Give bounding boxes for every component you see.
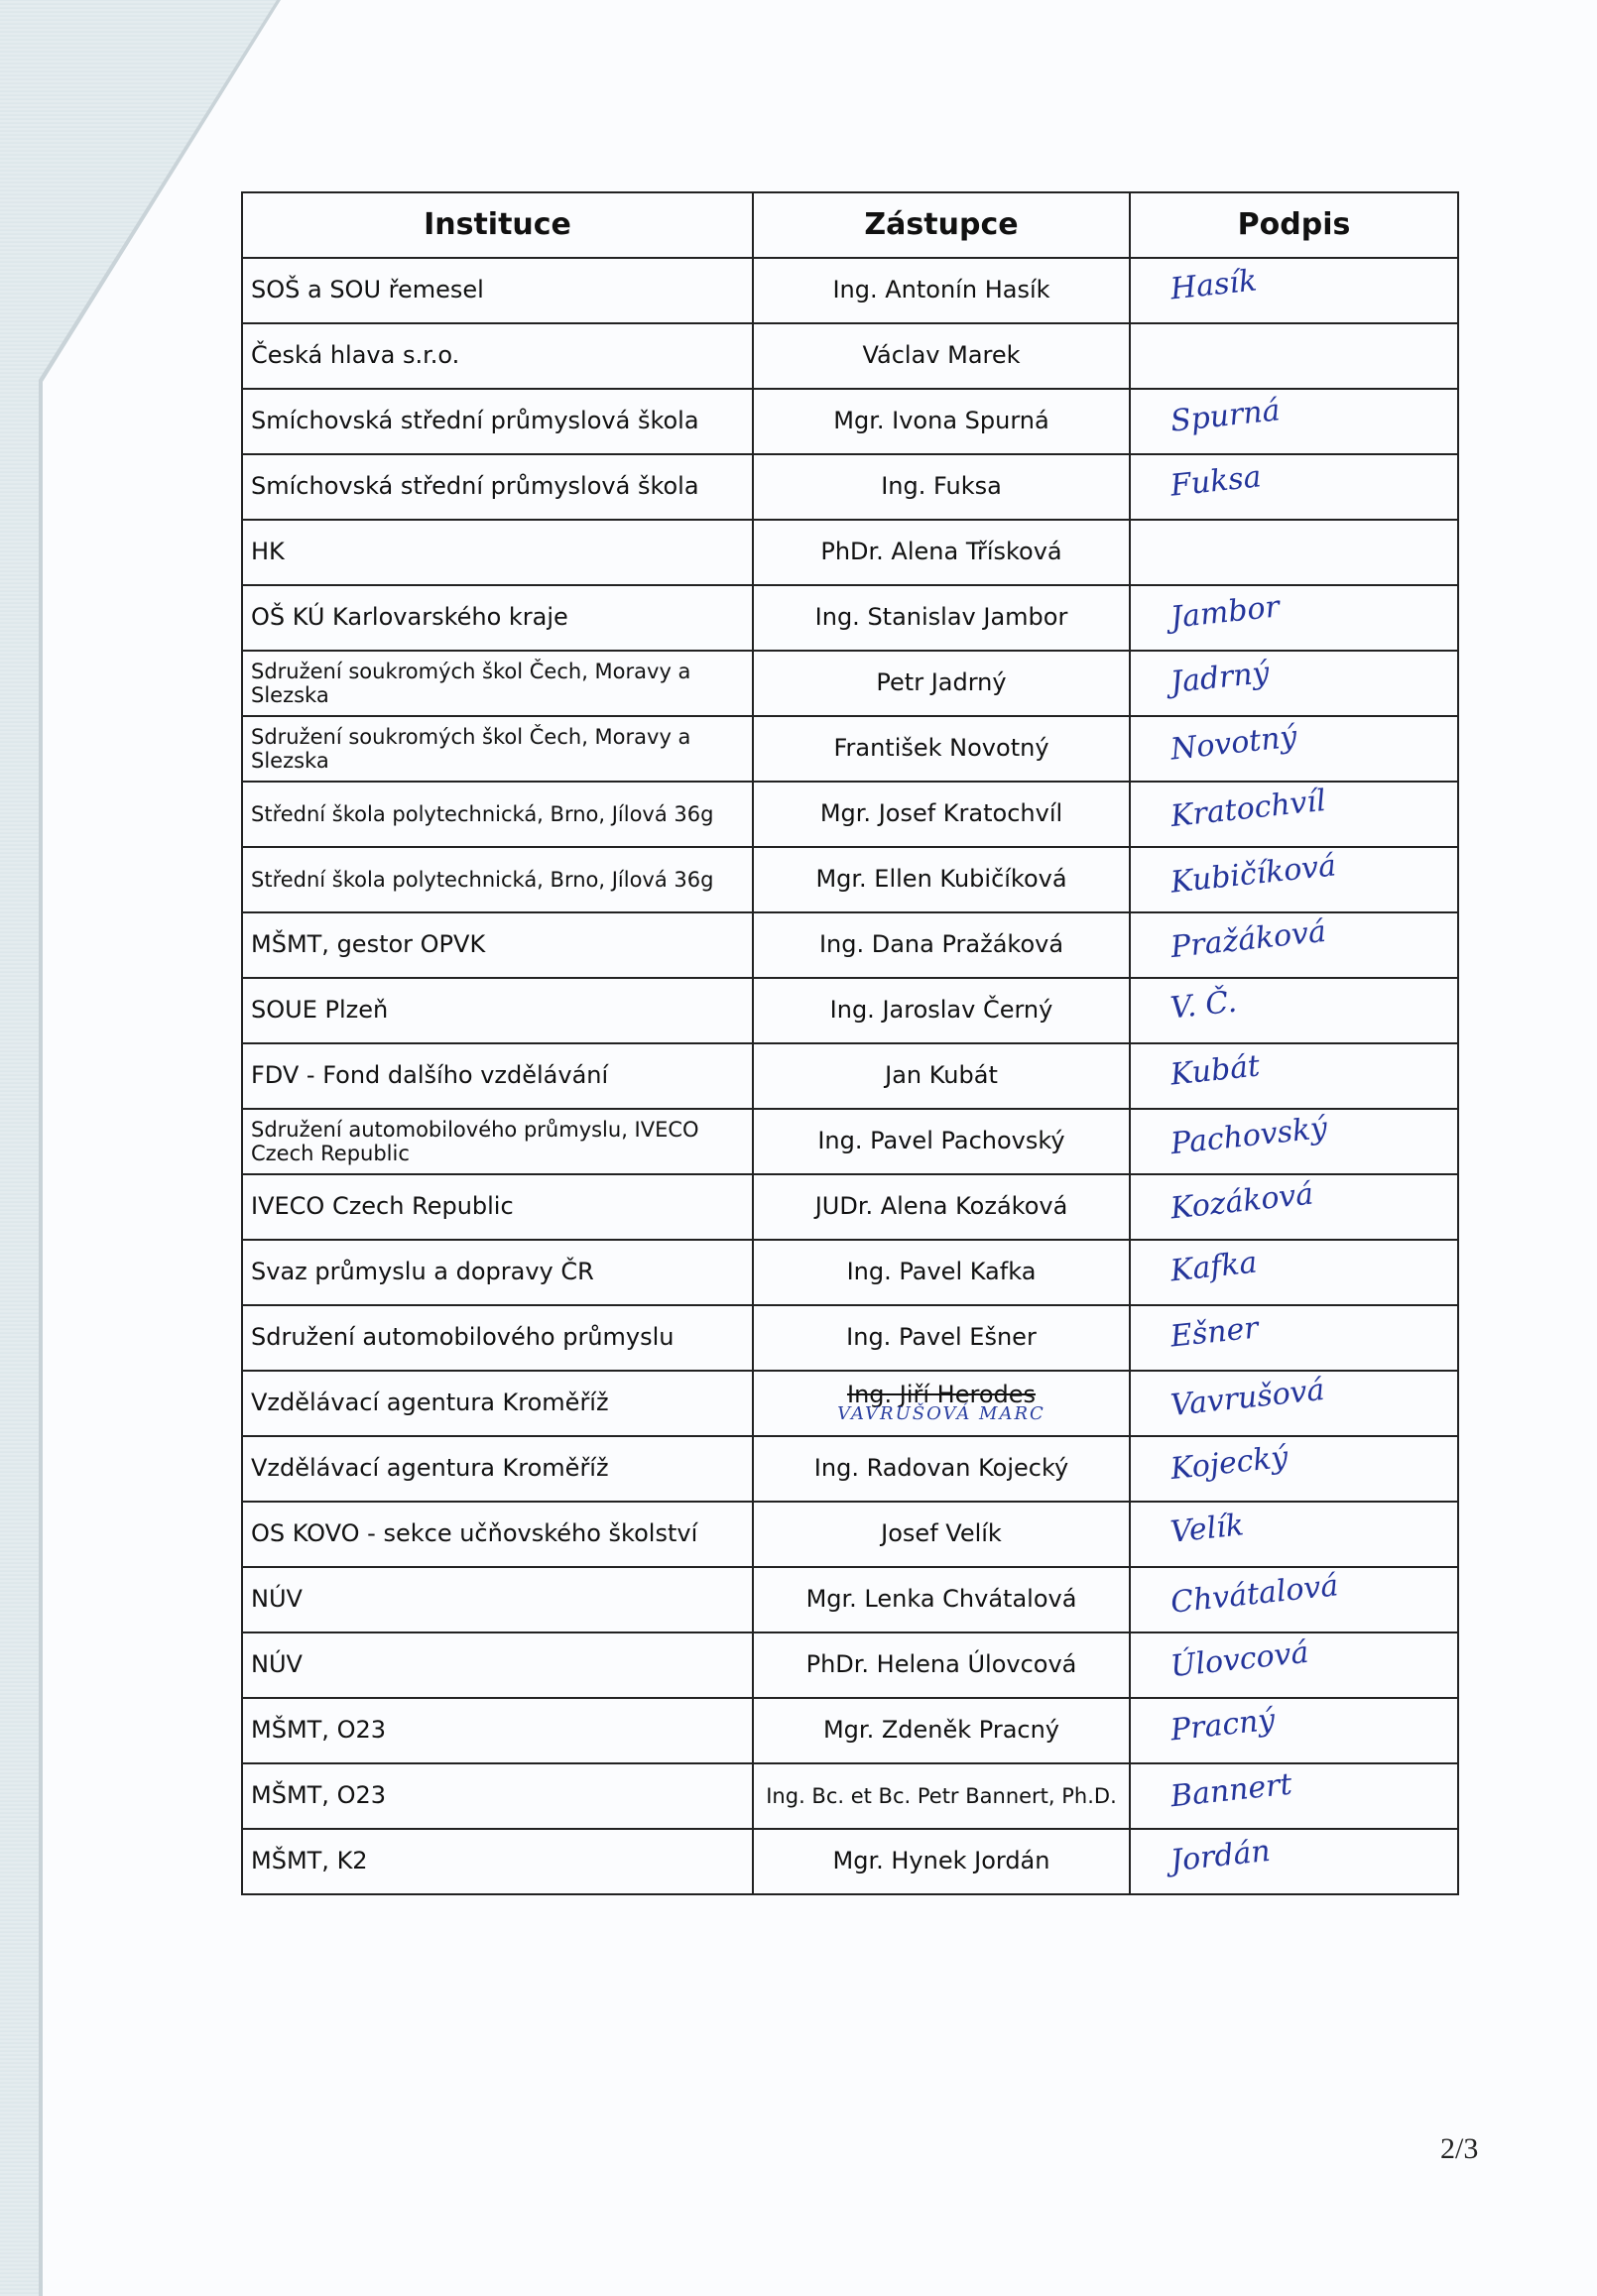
handwritten-signature: Kratochvíl: [1169, 785, 1328, 835]
signature-cell: Jadrný: [1130, 651, 1458, 716]
handwritten-signature: Kafka: [1168, 1247, 1259, 1289]
representative-cell: Václav Marek: [753, 323, 1130, 389]
signature-cell: [1130, 520, 1458, 585]
representative-name: Mgr. Ivona Spurná: [833, 407, 1048, 434]
institution-cell: OŠ KÚ Karlovarského kraje: [242, 585, 753, 651]
handwritten-signature: Pracný: [1168, 1704, 1277, 1749]
table-row: MŠMT, K2Mgr. Hynek JordánJordán: [242, 1829, 1458, 1894]
table-row: Sdružení automobilového průmysluIng. Pav…: [242, 1305, 1458, 1371]
representative-name: Josef Velík: [881, 1519, 1002, 1547]
signature-cell: Velík: [1130, 1502, 1458, 1567]
signature-cell: Vavrušová: [1130, 1371, 1458, 1436]
signature-cell: Úlovcová: [1130, 1632, 1458, 1698]
table-row: Smíchovská střední průmyslová školaIng. …: [242, 454, 1458, 520]
signature-cell: Pražáková: [1130, 912, 1458, 978]
signature-cell: Pracný: [1130, 1698, 1458, 1763]
representative-name: Mgr. Josef Kratochvíl: [820, 799, 1062, 827]
institution-cell: MŠMT, O23: [242, 1698, 753, 1763]
table-row: HKPhDr. Alena Třísková: [242, 520, 1458, 585]
representative-name: JUDr. Alena Kozáková: [815, 1192, 1068, 1220]
signature-cell: Kojecký: [1130, 1436, 1458, 1502]
representative-name: Ing. Pavel Kafka: [847, 1258, 1037, 1285]
signature-cell: V. Č.: [1130, 978, 1458, 1043]
table-row: Svaz průmyslu a dopravy ČRIng. Pavel Kaf…: [242, 1240, 1458, 1305]
representative-cell: Ing. Bc. et Bc. Petr Bannert, Ph.D.: [753, 1763, 1130, 1829]
representative-name: Mgr. Ellen Kubičíková: [815, 865, 1066, 893]
table-row: Sdružení soukromých škol Čech, Moravy a …: [242, 651, 1458, 716]
institution-cell: FDV - Fond dalšího vzdělávání: [242, 1043, 753, 1109]
signature-cell: Kubičíková: [1130, 847, 1458, 912]
institution-cell: MŠMT, K2: [242, 1829, 753, 1894]
institution-cell: NÚV: [242, 1632, 753, 1698]
representative-name: PhDr. Alena Třísková: [820, 538, 1061, 565]
signature-cell: Spurná: [1130, 389, 1458, 454]
handwritten-signature: Fuksa: [1168, 460, 1263, 504]
header-representative: Zástupce: [753, 192, 1130, 258]
table-row: Vzdělávací agentura KroměřížIng. Radovan…: [242, 1436, 1458, 1502]
representative-name: Ing. Radovan Kojecký: [814, 1454, 1068, 1482]
representative-cell: Josef Velík: [753, 1502, 1130, 1567]
handwritten-signature: Jadrný: [1168, 657, 1271, 701]
representative-cell: Mgr. Lenka Chvátalová: [753, 1567, 1130, 1632]
institution-cell: Střední škola polytechnická, Brno, Jílov…: [242, 782, 753, 847]
signature-cell: Jambor: [1130, 585, 1458, 651]
representative-name: František Novotný: [833, 734, 1048, 762]
institution-cell: HK: [242, 520, 753, 585]
institution-cell: Sdružení automobilového průmyslu: [242, 1305, 753, 1371]
handwritten-signature: Ešner: [1168, 1311, 1260, 1355]
handwritten-signature: Novotný: [1169, 720, 1299, 768]
handwritten-signature: Úlovcová: [1169, 1636, 1310, 1685]
handwritten-signature: Hasík: [1168, 265, 1258, 307]
institution-cell: Svaz průmyslu a dopravy ČR: [242, 1240, 753, 1305]
handwritten-signature: Pachovský: [1169, 1112, 1329, 1162]
representative-name: Ing. Fuksa: [881, 472, 1002, 500]
representative-cell: Ing. Dana Pražáková: [753, 912, 1130, 978]
signature-cell: Kozáková: [1130, 1174, 1458, 1240]
representative-name: Václav Marek: [862, 341, 1020, 369]
signature-cell: Kubát: [1130, 1043, 1458, 1109]
table-row: NÚVMgr. Lenka ChvátalováChvátalová: [242, 1567, 1458, 1632]
handwritten-signature: Jordán: [1168, 1835, 1272, 1879]
representative-cell: JUDr. Alena Kozáková: [753, 1174, 1130, 1240]
handwritten-note: VAVRUŠOVÁ MARC: [762, 1404, 1121, 1425]
representative-cell: Ing. Jaroslav Černý: [753, 978, 1130, 1043]
signature-cell: Novotný: [1130, 716, 1458, 782]
institution-cell: Smíchovská střední průmyslová škola: [242, 389, 753, 454]
signature-cell: Ešner: [1130, 1305, 1458, 1371]
handwritten-signature: Kojecký: [1169, 1441, 1290, 1488]
representative-name: Ing. Dana Pražáková: [819, 930, 1063, 958]
representative-name: Jan Kubát: [885, 1061, 998, 1089]
representative-cell: Mgr. Hynek Jordán: [753, 1829, 1130, 1894]
handwritten-signature: Vavrušová: [1169, 1374, 1326, 1424]
representative-cell: Ing. Pavel Pachovský: [753, 1109, 1130, 1174]
representative-cell: Mgr. Zdeněk Pracný: [753, 1698, 1130, 1763]
representative-name: Ing. Antonín Hasík: [832, 276, 1049, 303]
signature-cell: Kafka: [1130, 1240, 1458, 1305]
table-row: NÚVPhDr. Helena ÚlovcováÚlovcová: [242, 1632, 1458, 1698]
representative-cell: Jan Kubát: [753, 1043, 1130, 1109]
signature-cell: Chvátalová: [1130, 1567, 1458, 1632]
table-row: SOŠ a SOU řemeselIng. Antonín HasíkHasík: [242, 258, 1458, 323]
attendance-table: Instituce Zástupce Podpis SOŠ a SOU řeme…: [241, 191, 1459, 1895]
representative-cell: Mgr. Ellen Kubičíková: [753, 847, 1130, 912]
representative-cell: Ing. Fuksa: [753, 454, 1130, 520]
representative-cell: PhDr. Helena Úlovcová: [753, 1632, 1130, 1698]
institution-cell: MŠMT, gestor OPVK: [242, 912, 753, 978]
institution-cell: Vzdělávací agentura Kroměříž: [242, 1436, 753, 1502]
table-row: MŠMT, O23Mgr. Zdeněk PracnýPracný: [242, 1698, 1458, 1763]
handwritten-signature: Velík: [1168, 1509, 1245, 1550]
representative-name: Ing. Pavel Ešner: [846, 1323, 1037, 1351]
institution-cell: Sdružení soukromých škol Čech, Moravy a …: [242, 651, 753, 716]
handwritten-signature: Jambor: [1168, 590, 1281, 636]
table-row: Sdružení soukromých škol Čech, Moravy a …: [242, 716, 1458, 782]
representative-cell: Ing. Pavel Kafka: [753, 1240, 1130, 1305]
handwritten-signature: Chvátalová: [1169, 1569, 1340, 1621]
institution-cell: Sdružení automobilového průmyslu, IVECO …: [242, 1109, 753, 1174]
header-institution: Instituce: [242, 192, 753, 258]
representative-cell: Ing. Jiří HerodesVAVRUŠOVÁ MARC: [753, 1371, 1130, 1436]
representative-cell: Mgr. Josef Kratochvíl: [753, 782, 1130, 847]
handwritten-signature: Pražáková: [1169, 915, 1328, 966]
representative-cell: Ing. Stanislav Jambor: [753, 585, 1130, 651]
handwritten-signature: Kozáková: [1169, 1178, 1315, 1227]
table-row: Smíchovská střední průmyslová školaMgr. …: [242, 389, 1458, 454]
representative-name: Ing. Bc. et Bc. Petr Bannert, Ph.D.: [766, 1784, 1117, 1808]
institution-cell: NÚV: [242, 1567, 753, 1632]
table-row: Česká hlava s.r.o.Václav Marek: [242, 323, 1458, 389]
handwritten-signature: Bannert: [1169, 1768, 1294, 1815]
institution-cell: OS KOVO - sekce učňovského školství: [242, 1502, 753, 1567]
table-row: Střední škola polytechnická, Brno, Jílov…: [242, 782, 1458, 847]
table-row: IVECO Czech RepublicJUDr. Alena Kozáková…: [242, 1174, 1458, 1240]
header-signature: Podpis: [1130, 192, 1458, 258]
representative-cell: František Novotný: [753, 716, 1130, 782]
signature-cell: [1130, 323, 1458, 389]
institution-cell: Vzdělávací agentura Kroměříž: [242, 1371, 753, 1436]
representative-name: PhDr. Helena Úlovcová: [806, 1650, 1077, 1678]
table-row: SOUE PlzeňIng. Jaroslav ČernýV. Č.: [242, 978, 1458, 1043]
table-row: Sdružení automobilového průmyslu, IVECO …: [242, 1109, 1458, 1174]
signature-cell: Fuksa: [1130, 454, 1458, 520]
table-row: Střední škola polytechnická, Brno, Jílov…: [242, 847, 1458, 912]
signature-cell: Kratochvíl: [1130, 782, 1458, 847]
representative-cell: Ing. Radovan Kojecký: [753, 1436, 1130, 1502]
representative-cell: Mgr. Ivona Spurná: [753, 389, 1130, 454]
institution-cell: Smíchovská střední průmyslová škola: [242, 454, 753, 520]
representative-name: Mgr. Lenka Chvátalová: [806, 1585, 1077, 1613]
table-row: Vzdělávací agentura KroměřížIng. Jiří He…: [242, 1371, 1458, 1436]
institution-cell: Střední škola polytechnická, Brno, Jílov…: [242, 847, 753, 912]
representative-name: Mgr. Zdeněk Pracný: [823, 1716, 1059, 1744]
table-header-row: Instituce Zástupce Podpis: [242, 192, 1458, 258]
representative-name: Ing. Stanislav Jambor: [815, 603, 1068, 631]
table-row: MŠMT, O23Ing. Bc. et Bc. Petr Bannert, P…: [242, 1763, 1458, 1829]
table-row: FDV - Fond dalšího vzděláváníJan KubátKu…: [242, 1043, 1458, 1109]
table-row: OS KOVO - sekce učňovského školstvíJosef…: [242, 1502, 1458, 1567]
institution-cell: Česká hlava s.r.o.: [242, 323, 753, 389]
representative-cell: Ing. Pavel Ešner: [753, 1305, 1130, 1371]
representative-cell: Ing. Antonín Hasík: [753, 258, 1130, 323]
handwritten-signature: V. Č.: [1168, 986, 1238, 1027]
representative-name: Petr Jadrný: [876, 668, 1006, 696]
representative-cell: Petr Jadrný: [753, 651, 1130, 716]
handwritten-signature: Spurná: [1168, 394, 1282, 439]
representative-name: Ing. Pavel Pachovský: [817, 1127, 1064, 1154]
signature-cell: Bannert: [1130, 1763, 1458, 1829]
institution-cell: Sdružení soukromých škol Čech, Moravy a …: [242, 716, 753, 782]
representative-name: Ing. Jaroslav Černý: [830, 996, 1053, 1024]
institution-cell: SOUE Plzeň: [242, 978, 753, 1043]
institution-cell: SOŠ a SOU řemesel: [242, 258, 753, 323]
institution-cell: MŠMT, O23: [242, 1763, 753, 1829]
signature-cell: Hasík: [1130, 258, 1458, 323]
table-row: MŠMT, gestor OPVKIng. Dana PražákováPraž…: [242, 912, 1458, 978]
signature-cell: Jordán: [1130, 1829, 1458, 1894]
representative-name: Mgr. Hynek Jordán: [833, 1847, 1050, 1874]
handwritten-signature: Kubičíková: [1169, 849, 1338, 901]
table-row: OŠ KÚ Karlovarského krajeIng. Stanislav …: [242, 585, 1458, 651]
representative-cell: PhDr. Alena Třísková: [753, 520, 1130, 585]
handwritten-signature: Kubát: [1168, 1049, 1261, 1093]
institution-cell: IVECO Czech Republic: [242, 1174, 753, 1240]
page-number: 2/3: [1440, 2132, 1478, 2166]
signature-cell: Pachovský: [1130, 1109, 1458, 1174]
